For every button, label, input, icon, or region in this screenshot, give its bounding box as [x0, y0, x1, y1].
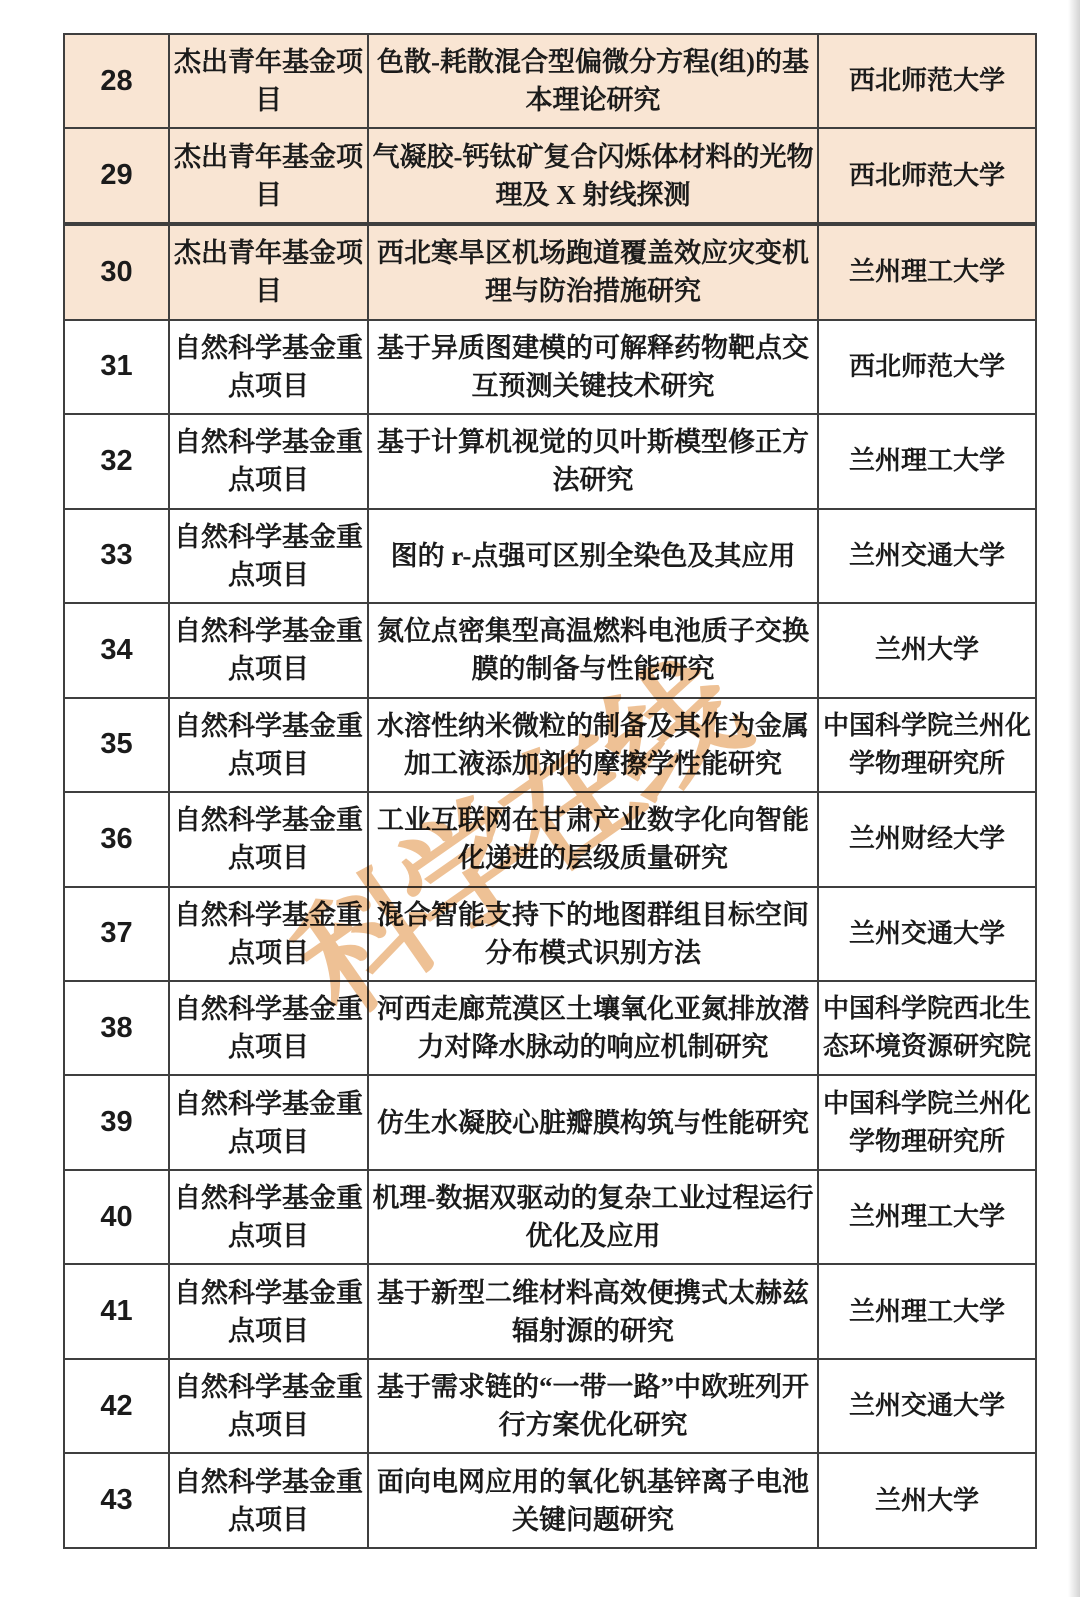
table-row: 40自然科学基金重点项目机理-数据双驱动的复杂工业过程运行优化及应用兰州理工大学 — [64, 1170, 1036, 1264]
institution-cell: 西北师范大学 — [818, 320, 1036, 414]
row-number-cell: 40 — [64, 1170, 169, 1264]
institution-cell: 中国科学院西北生态环境资源研究院 — [818, 981, 1036, 1075]
project-title-cell: 色散-耗散混合型偏微分方程(组)的基本理论研究 — [368, 34, 818, 128]
table-row: 41自然科学基金重点项目基于新型二维材料高效便携式太赫兹辐射源的研究兰州理工大学 — [64, 1264, 1036, 1358]
grant-project-table: 28杰出青年基金项目色散-耗散混合型偏微分方程(组)的基本理论研究西北师范大学2… — [63, 33, 1037, 1549]
project-type-cell: 自然科学基金重点项目 — [169, 1170, 368, 1264]
table-row: 37自然科学基金重点项目混合智能支持下的地图群组目标空间分布模式识别方法兰州交通… — [64, 887, 1036, 981]
project-type-cell: 自然科学基金重点项目 — [169, 981, 368, 1075]
right-edge-shadow — [1068, 0, 1080, 1597]
table-row: 35自然科学基金重点项目水溶性纳米微粒的制备及其作为金属加工液添加剂的摩擦学性能… — [64, 698, 1036, 792]
project-type-cell: 自然科学基金重点项目 — [169, 1453, 368, 1548]
project-type-cell: 自然科学基金重点项目 — [169, 1264, 368, 1358]
project-type-cell: 自然科学基金重点项目 — [169, 414, 368, 508]
institution-cell: 兰州交通大学 — [818, 887, 1036, 981]
table-row: 43自然科学基金重点项目面向电网应用的氧化钒基锌离子电池关键问题研究兰州大学 — [64, 1453, 1036, 1548]
table-row: 33自然科学基金重点项目图的 r-点强可区别全染色及其应用兰州交通大学 — [64, 509, 1036, 603]
row-number-cell: 36 — [64, 792, 169, 886]
row-number-cell: 30 — [64, 224, 169, 320]
institution-cell: 兰州理工大学 — [818, 1264, 1036, 1358]
project-title-cell: 西北寒旱区机场跑道覆盖效应灾变机理与防治措施研究 — [368, 224, 818, 320]
project-type-cell: 自然科学基金重点项目 — [169, 792, 368, 886]
project-type-cell: 杰出青年基金项目 — [169, 128, 368, 224]
institution-cell: 中国科学院兰州化学物理研究所 — [818, 698, 1036, 792]
table-row: 34自然科学基金重点项目氮位点密集型高温燃料电池质子交换膜的制备与性能研究兰州大… — [64, 603, 1036, 697]
project-title-cell: 基于新型二维材料高效便携式太赫兹辐射源的研究 — [368, 1264, 818, 1358]
project-title-cell: 基于需求链的“一带一路”中欧班列开行方案优化研究 — [368, 1359, 818, 1453]
institution-cell: 兰州大学 — [818, 603, 1036, 697]
table-row: 38自然科学基金重点项目河西走廊荒漠区土壤氧化亚氮排放潜力对降水脉动的响应机制研… — [64, 981, 1036, 1075]
row-number-cell: 29 — [64, 128, 169, 224]
project-title-cell: 面向电网应用的氧化钒基锌离子电池关键问题研究 — [368, 1453, 818, 1548]
row-number-cell: 37 — [64, 887, 169, 981]
institution-cell: 兰州交通大学 — [818, 509, 1036, 603]
project-title-cell: 机理-数据双驱动的复杂工业过程运行优化及应用 — [368, 1170, 818, 1264]
grant-table-body: 28杰出青年基金项目色散-耗散混合型偏微分方程(组)的基本理论研究西北师范大学2… — [64, 34, 1036, 1548]
project-type-cell: 杰出青年基金项目 — [169, 34, 368, 128]
project-type-cell: 杰出青年基金项目 — [169, 224, 368, 320]
project-title-cell: 基于计算机视觉的贝叶斯模型修正方法研究 — [368, 414, 818, 508]
row-number-cell: 35 — [64, 698, 169, 792]
project-title-cell: 基于异质图建模的可解释药物靶点交互预测关键技术研究 — [368, 320, 818, 414]
institution-cell: 中国科学院兰州化学物理研究所 — [818, 1075, 1036, 1169]
project-type-cell: 自然科学基金重点项目 — [169, 887, 368, 981]
institution-cell: 兰州财经大学 — [818, 792, 1036, 886]
table-row: 36自然科学基金重点项目工业互联网在甘肃产业数字化向智能化递进的层级质量研究兰州… — [64, 792, 1036, 886]
project-type-cell: 自然科学基金重点项目 — [169, 1359, 368, 1453]
row-number-cell: 28 — [64, 34, 169, 128]
row-number-cell: 43 — [64, 1453, 169, 1548]
project-type-cell: 自然科学基金重点项目 — [169, 698, 368, 792]
row-number-cell: 41 — [64, 1264, 169, 1358]
project-title-cell: 水溶性纳米微粒的制备及其作为金属加工液添加剂的摩擦学性能研究 — [368, 698, 818, 792]
project-type-cell: 自然科学基金重点项目 — [169, 320, 368, 414]
institution-cell: 兰州理工大学 — [818, 1170, 1036, 1264]
project-title-cell: 混合智能支持下的地图群组目标空间分布模式识别方法 — [368, 887, 818, 981]
row-number-cell: 31 — [64, 320, 169, 414]
project-title-cell: 仿生水凝胶心脏瓣膜构筑与性能研究 — [368, 1075, 818, 1169]
institution-cell: 西北师范大学 — [818, 34, 1036, 128]
institution-cell: 兰州理工大学 — [818, 224, 1036, 320]
table-row: 29杰出青年基金项目气凝胶-钙钛矿复合闪烁体材料的光物理及 X 射线探测西北师范… — [64, 128, 1036, 224]
row-number-cell: 33 — [64, 509, 169, 603]
project-title-cell: 河西走廊荒漠区土壤氧化亚氮排放潜力对降水脉动的响应机制研究 — [368, 981, 818, 1075]
project-type-cell: 自然科学基金重点项目 — [169, 1075, 368, 1169]
row-number-cell: 32 — [64, 414, 169, 508]
table-row: 32自然科学基金重点项目基于计算机视觉的贝叶斯模型修正方法研究兰州理工大学 — [64, 414, 1036, 508]
table-row: 28杰出青年基金项目色散-耗散混合型偏微分方程(组)的基本理论研究西北师范大学 — [64, 34, 1036, 128]
institution-cell: 兰州大学 — [818, 1453, 1036, 1548]
table-row: 39自然科学基金重点项目仿生水凝胶心脏瓣膜构筑与性能研究中国科学院兰州化学物理研… — [64, 1075, 1036, 1169]
row-number-cell: 42 — [64, 1359, 169, 1453]
row-number-cell: 34 — [64, 603, 169, 697]
project-title-cell: 图的 r-点强可区别全染色及其应用 — [368, 509, 818, 603]
project-title-cell: 氮位点密集型高温燃料电池质子交换膜的制备与性能研究 — [368, 603, 818, 697]
table-row: 30杰出青年基金项目西北寒旱区机场跑道覆盖效应灾变机理与防治措施研究兰州理工大学 — [64, 224, 1036, 320]
table-row: 42自然科学基金重点项目基于需求链的“一带一路”中欧班列开行方案优化研究兰州交通… — [64, 1359, 1036, 1453]
row-number-cell: 39 — [64, 1075, 169, 1169]
institution-cell: 兰州交通大学 — [818, 1359, 1036, 1453]
table-row: 31自然科学基金重点项目基于异质图建模的可解释药物靶点交互预测关键技术研究西北师… — [64, 320, 1036, 414]
project-type-cell: 自然科学基金重点项目 — [169, 509, 368, 603]
row-number-cell: 38 — [64, 981, 169, 1075]
project-title-cell: 气凝胶-钙钛矿复合闪烁体材料的光物理及 X 射线探测 — [368, 128, 818, 224]
institution-cell: 西北师范大学 — [818, 128, 1036, 224]
institution-cell: 兰州理工大学 — [818, 414, 1036, 508]
project-type-cell: 自然科学基金重点项目 — [169, 603, 368, 697]
document-page: 28杰出青年基金项目色散-耗散混合型偏微分方程(组)的基本理论研究西北师范大学2… — [0, 0, 1080, 1597]
project-title-cell: 工业互联网在甘肃产业数字化向智能化递进的层级质量研究 — [368, 792, 818, 886]
